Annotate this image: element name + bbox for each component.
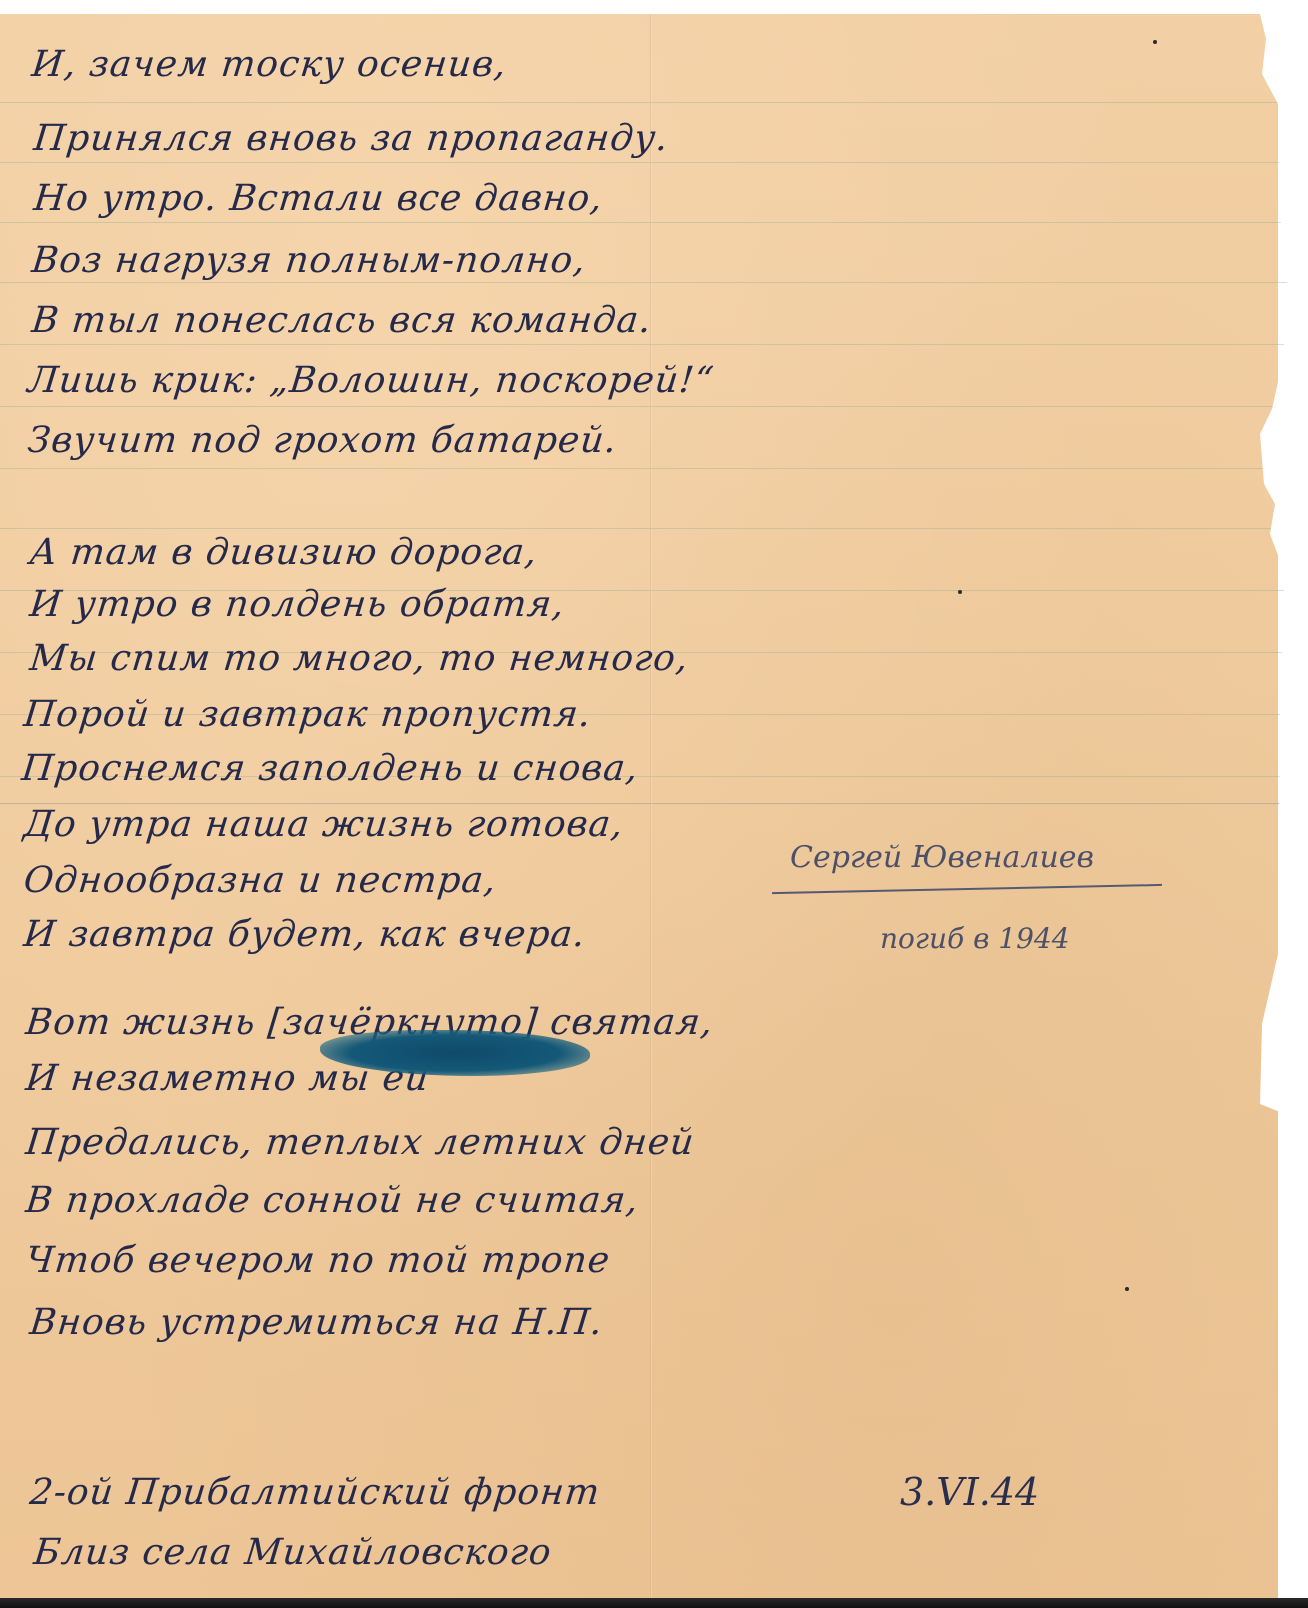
poem-line: В тыл понеслась вся команда. [30,300,654,341]
poem-line: И, зачем тоску осенив, [30,44,509,85]
poem-line: Проснемся заполдень и снова, [20,748,641,789]
poem-line: И утро в полдень обратя, [28,584,567,625]
poem-line: До утра наша жизнь готова, [22,804,626,845]
vertical-fold [650,14,652,1598]
location-line: 2-ой Прибалтийский фронт [28,1472,602,1513]
poem-line: Воз нагрузя полным-полно, [30,240,588,281]
poem-line: Мы спим то много, то немного, [28,638,691,679]
paper-speck [1125,1287,1129,1291]
poem-line: В прохладе сонной не считая, [24,1180,641,1221]
poem-line: А там в дивизию дорога, [28,532,540,573]
poem-line: Звучит под грохот батарей. [26,420,619,461]
poem-line: Порой и завтрак пропустя. [22,694,594,735]
poem-line: Принялся вновь за пропаганду. [32,118,671,159]
signature-name: Сергей Ювеналиев [790,840,1094,875]
poem-line: И завтра будет, как вчера. [22,914,588,955]
poem-line: Вновь устремиться на Н.П. [28,1302,605,1343]
paper-speck [1153,40,1157,44]
location-line: Близ села Михайловского [32,1532,554,1573]
poem-line: Чтоб вечером по той тропе [24,1240,612,1281]
paper-speck [958,590,962,594]
signature-note: погиб в 1944 [880,922,1070,955]
poem-line: Лишь крик: „Волошин, поскорей!“ [26,360,716,401]
poem-line: Однообразна и пестра, [22,860,499,901]
poem-line: Но утро. Встали все давно, [32,178,605,219]
scanner-edge [0,1598,1308,1608]
poem-line: Предались, теплых летних дней [24,1122,697,1163]
date: 3.VI.44 [900,1470,1039,1514]
